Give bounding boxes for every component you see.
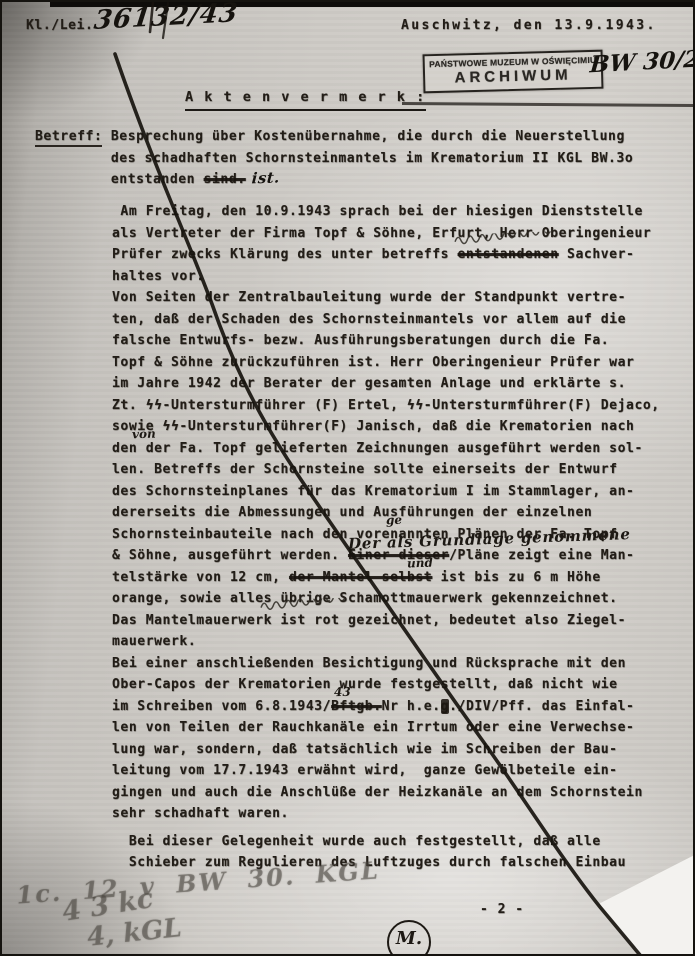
typed-text: im Jahre 1942 der Berater der gesamten A… xyxy=(112,376,626,391)
text-line: Betreff: Besprechung über Kostenübernahm… xyxy=(35,124,633,146)
typed-text: des Schornsteinplanes für das Krematoriu… xyxy=(112,484,634,499)
underlined-label: Betreff: xyxy=(35,129,102,147)
typed-text: gingen und auch die Anschlüße der Heizka… xyxy=(112,785,643,800)
document-page: Kl./Lei. 36132/43 Auschwitz, den 13.9.19… xyxy=(0,0,695,956)
archive-stamp: PAŃSTWOWE MUZEUM W OŚWIĘCIMIU ARCHIWUM xyxy=(423,50,604,94)
typed-text: als Vertreter der Firma Topf & Söhne, Er… xyxy=(112,226,651,241)
struck-text: entstandenen xyxy=(458,247,559,262)
typed-text: Das Mantelmauerwerk ist rot gezeichnet, … xyxy=(112,613,626,628)
circled-monogram: M. xyxy=(387,920,431,956)
typed-text: Am Freitag, den 10.9.1943 sprach bei der… xyxy=(112,204,643,219)
struck-text: der Mantel selbst xyxy=(289,570,432,585)
text-line: im Schreiben vom 6.8.1943/Bftgb.Nr h.e.g… xyxy=(112,694,660,716)
typed-text: den der Fa. Topf gelieferten Zeichnungen… xyxy=(112,441,643,456)
underline-stroke xyxy=(402,102,694,107)
monogram-letter: M. xyxy=(396,928,422,949)
text-line: Zt. ϟϟ-Untersturmführer (F) Ertel, ϟϟ-Un… xyxy=(112,393,660,415)
reference-number-typed: Kl./Lei. xyxy=(26,15,93,37)
typed-text: entstanden xyxy=(35,172,204,187)
struck-text: sind. xyxy=(204,172,246,187)
typed-text: /Pläne zeigt eine Man- xyxy=(449,548,634,563)
text-line: den der Fa. Topf gelieferten Zeichnungen… xyxy=(112,436,660,458)
typed-text: Nr h.e. xyxy=(382,699,441,714)
typed-text: falsche Entwurfs- bezw. Ausführungsberat… xyxy=(112,333,609,348)
text-line: als Vertreter der Firma Topf & Söhne, Er… xyxy=(112,221,660,243)
typed-text: sehr schadhaft waren. xyxy=(112,806,289,821)
stamp-archive-label: ARCHIWUM xyxy=(429,67,597,87)
text-line: mauerwerk. xyxy=(112,629,660,651)
text-line: gingen und auch die Anschlüße der Heizka… xyxy=(112,780,660,802)
text-line: sowie ϟϟ-Untersturmführer(F) Janisch, da… xyxy=(112,414,660,436)
typed-text: Topf & Söhne zurückzuführen ist. Herr Ob… xyxy=(112,355,634,370)
typed-text: Sachver- xyxy=(559,247,635,262)
typed-text: ./DIV/Pff. das Einfal- xyxy=(449,699,634,714)
handwritten-insert: und xyxy=(407,555,433,570)
blotted-text: g xyxy=(441,699,449,714)
text-line: Prüfer zwecks Klärung des unter betreffs… xyxy=(112,242,660,264)
typed-text: Besprechung über Kostenübernahme, die du… xyxy=(102,129,624,144)
page-number: - 2 - xyxy=(480,899,524,921)
text-line: Bei dieser Gelegenheit wurde auch festge… xyxy=(112,829,660,851)
typed-text: im Schreiben vom 6.8.1943/ xyxy=(112,699,331,714)
typed-text: Bei dieser Gelegenheit wurde auch festge… xyxy=(112,834,601,849)
document-title-text: A k t e n v e r m e r k : xyxy=(185,89,426,111)
text-line: telstärke von 12 cm, der Mantel selbst i… xyxy=(112,565,660,587)
text-line: orange, sowie alles übrige Schamottmauer… xyxy=(112,586,660,608)
body-text-block: Am Freitag, den 10.9.1943 sprach bei der… xyxy=(112,199,660,872)
typed-text: telstärke von 12 cm, xyxy=(112,570,289,585)
typed-text: ten, daß der Schaden des Schornsteinmant… xyxy=(112,312,626,327)
typed-text: ist bis zu 6 m Höhe xyxy=(432,570,601,585)
text-line: sehr schadhaft waren. xyxy=(112,801,660,823)
document-title: A k t e n v e r m e r k : xyxy=(185,86,426,105)
typed-text: dererseits die Abmessungen und Ausführun… xyxy=(112,505,592,520)
text-line: des schadhaften Schornsteinmantels im Kr… xyxy=(35,146,633,168)
reference-number-handwritten: 36132/43 xyxy=(92,0,240,36)
text-line: Topf & Söhne zurückzuführen ist. Herr Ob… xyxy=(112,350,660,372)
handwritten-squiggle xyxy=(454,231,559,246)
typed-text: des schadhaften Schornsteinmantels im Kr… xyxy=(35,151,633,166)
typed-text: Von Seiten der Zentralbauleitung wurde d… xyxy=(112,290,626,305)
text-line: entstanden sind. ist. xyxy=(35,167,633,189)
text-line: falsche Entwurfs- bezw. Ausführungsberat… xyxy=(112,328,660,350)
typed-text: Zt. ϟϟ-Untersturmführer (F) Ertel, ϟϟ-Un… xyxy=(112,398,660,413)
text-line: ten, daß der Schaden des Schornsteinmant… xyxy=(112,307,660,329)
subject-block: Betreff: Besprechung über Kostenübernahm… xyxy=(35,124,633,189)
text-line: des Schornsteinplanes für das Krematoriu… xyxy=(112,479,660,501)
typed-text: mauerwerk. xyxy=(112,634,196,649)
typed-text: orange, sowie alles übrige Schamottmauer… xyxy=(112,591,618,606)
text-line: len von Teilen der Rauchkanäle ein Irrtu… xyxy=(112,715,660,737)
text-line: len. Betreffs der Schornsteine sollte ei… xyxy=(112,457,660,479)
text-line: Am Freitag, den 10.9.1943 sprach bei der… xyxy=(112,199,660,221)
text-line: leitung vom 17.7.1943 erwähnt wird, ganz… xyxy=(112,758,660,780)
handwritten-correction: ist. xyxy=(245,168,280,187)
text-line: Das Mantelmauerwerk ist rot gezeichnet, … xyxy=(112,608,660,630)
text-line: Ober-Capos der Krematorien wurde festges… xyxy=(112,672,660,694)
typed-text: leitung vom 17.7.1943 erwähnt wird, ganz… xyxy=(112,763,618,778)
text-line: Von Seiten der Zentralbauleitung wurde d… xyxy=(112,285,660,307)
text-line: haltes vor. xyxy=(112,264,660,286)
typed-text: lung war, sondern, daß tatsächlich wie i… xyxy=(112,742,618,757)
typed-text: & Söhne, ausgeführt werden. xyxy=(112,548,348,563)
handwritten-insert: ge xyxy=(386,512,403,527)
text-line: lung war, sondern, daß tatsächlich wie i… xyxy=(112,737,660,759)
archive-number-handwritten: BW 30/25 xyxy=(589,45,695,79)
text-line: im Jahre 1942 der Berater der gesamten A… xyxy=(112,371,660,393)
typed-text: len. Betreffs der Schornsteine sollte ei… xyxy=(112,462,618,477)
typed-text: len von Teilen der Rauchkanäle ein Irrtu… xyxy=(112,720,634,735)
typed-text: Ober-Capos der Krematorien wurde festges… xyxy=(112,677,618,692)
typed-text: Prüfer zwecks Klärung des unter betreffs xyxy=(112,247,458,262)
typed-text: Bei einer anschließenden Besichtigung un… xyxy=(112,656,626,671)
handwritten-insert: von xyxy=(132,426,156,441)
handwritten-insert: 43 xyxy=(334,684,351,699)
text-line: Bei einer anschließenden Besichtigung un… xyxy=(112,651,660,673)
typed-text: haltes vor. xyxy=(112,269,205,284)
dateline: Auschwitz, den 13.9.1943. xyxy=(401,15,657,37)
typed-text: sowie ϟϟ-Untersturmführer(F) Janisch, da… xyxy=(112,419,634,434)
struck-text: Bftgb. xyxy=(331,699,382,714)
text-line: & Söhne, ausgeführt werden. Einer dieser… xyxy=(112,543,660,565)
